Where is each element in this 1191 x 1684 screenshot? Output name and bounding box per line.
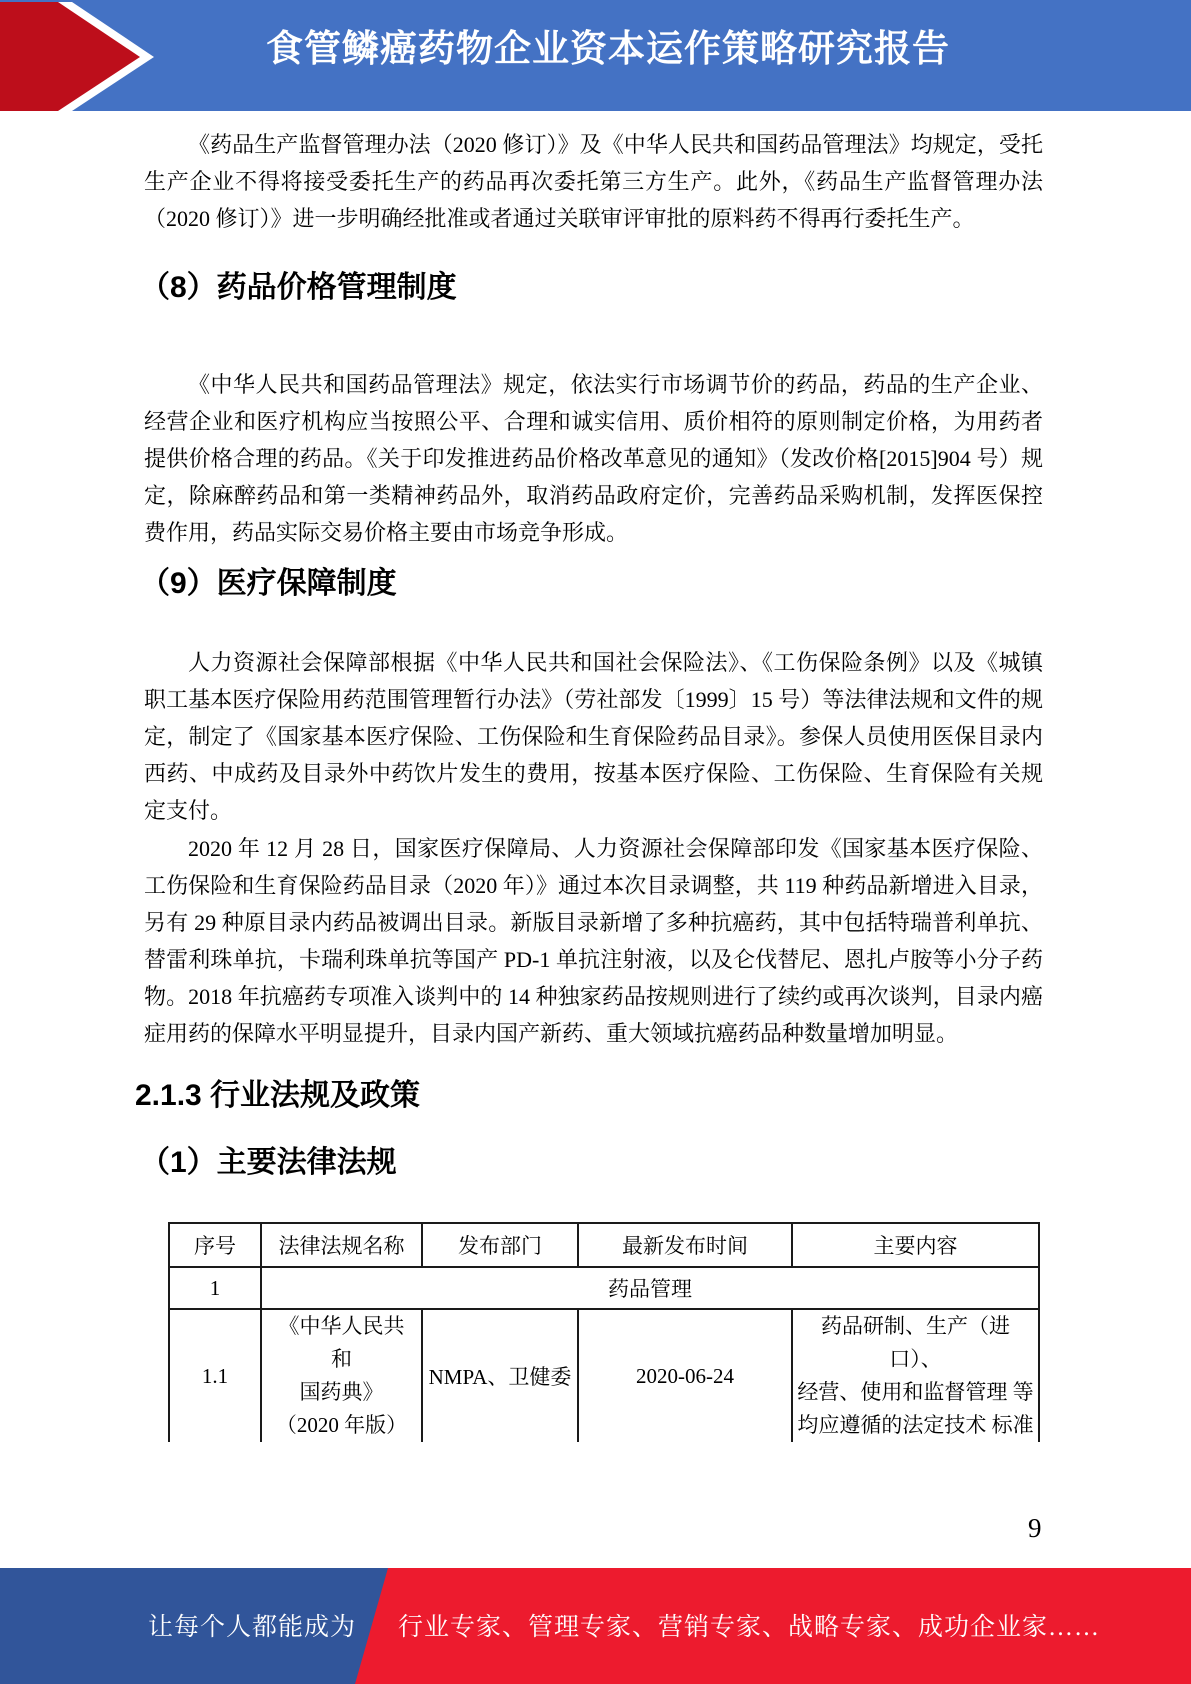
- law-row-issuer: NMPA、卫健委: [422, 1309, 578, 1442]
- law-row-name: 《中华人民共 和 国药典》 （2020 年版）: [261, 1309, 422, 1442]
- paragraph-drug-price: 《中华人民共和国药品管理法》规定，依法实行市场调节价的药品，药品的生产企业、经营…: [144, 366, 1043, 551]
- report-title: 食管鳞癌药物企业资本运作策略研究报告: [0, 26, 1191, 72]
- laws-regulations-table: 序号 法律法规名称 发布部门 最新发布时间 主要内容 1 药品管理 1.1 《中…: [168, 1222, 1040, 1442]
- col-header-law-name: 法律法规名称: [261, 1223, 422, 1267]
- page-number: 9: [1028, 1510, 1042, 1546]
- heading-drug-price-regime: （8）药品价格管理制度: [140, 270, 457, 306]
- paragraph-insurance-catalog: 人力资源社会保障部根据《中华人民共和国社会保险法》、《工伤保险条例》以及《城镇职…: [144, 644, 1043, 829]
- report-page: 食管鳞癌药物企业资本运作策略研究报告 《药品生产监督管理办法（2020 修订）》…: [0, 0, 1191, 1684]
- law-row-date: 2020-06-24: [578, 1309, 792, 1442]
- table-header-row: 序号 法律法规名称 发布部门 最新发布时间 主要内容: [169, 1223, 1039, 1267]
- heading-medical-insurance-regime: （9）医疗保障制度: [140, 566, 397, 602]
- col-header-latest-date: 最新发布时间: [578, 1223, 792, 1267]
- col-header-index: 序号: [169, 1223, 261, 1267]
- table-category-row: 1 药品管理: [169, 1267, 1039, 1309]
- col-header-main-content: 主要内容: [792, 1223, 1039, 1267]
- footer-slogan-left: 让每个人都能成为: [148, 1613, 356, 1642]
- footer-slogan-right: 行业专家、管理专家、营销专家、战略专家、成功企业家……: [398, 1613, 1100, 1642]
- law-row-content: 药品研制、生产（进口）、 经营、使用和监督管理 等 均应遵循的法定技术 标准: [792, 1309, 1039, 1442]
- heading-main-laws: （1）主要法律法规: [140, 1145, 397, 1181]
- category-row-index: 1: [169, 1267, 261, 1309]
- col-header-issuer: 发布部门: [422, 1223, 578, 1267]
- table-law-row: 1.1 《中华人民共 和 国药典》 （2020 年版） NMPA、卫健委 202…: [169, 1309, 1039, 1442]
- paragraph-catalog-2020-adjustment: 2020 年 12 月 28 日，国家医疗保障局、人力资源社会保障部印发《国家基…: [144, 830, 1043, 1052]
- paragraph-entrusted-production: 《药品生产监督管理办法（2020 修订）》及《中华人民共和国药品管理法》均规定，…: [144, 126, 1043, 237]
- page-footer-band: 让每个人都能成为 行业专家、管理专家、营销专家、战略专家、成功企业家……: [0, 1568, 1191, 1684]
- law-row-index: 1.1: [169, 1309, 261, 1442]
- category-row-label: 药品管理: [261, 1267, 1039, 1309]
- page-header-band: 食管鳞癌药物企业资本运作策略研究报告: [0, 0, 1191, 111]
- heading-industry-regulations: 2.1.3 行业法规及政策: [135, 1078, 420, 1114]
